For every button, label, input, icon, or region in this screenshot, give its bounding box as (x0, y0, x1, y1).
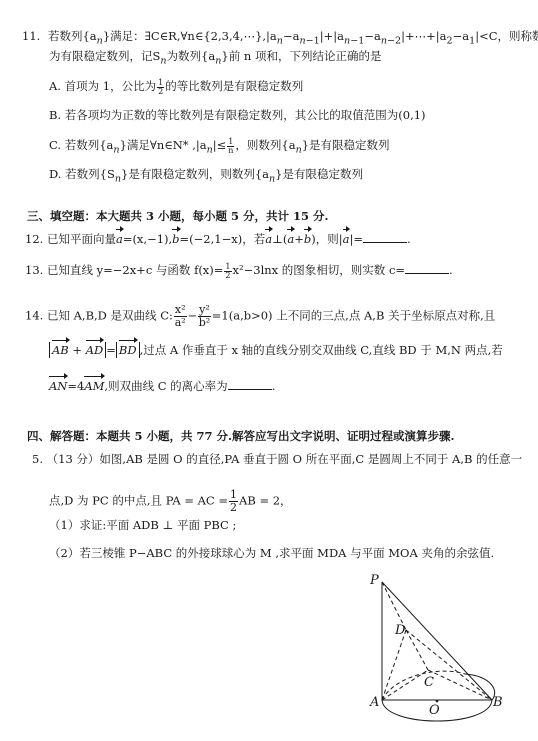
q11-line1: 11. 若数列{an}满足：∃C∈R,∀n∈{2,3,4,⋯},|an−an−1… (22, 28, 538, 49)
q14-line1: 14. 已知 A,B,D 是双曲线 C:x²a²−y²b²=1(a,b>0) 上… (25, 304, 495, 329)
geometry-figure: P D C A O B (340, 570, 538, 741)
q15-line1: 5. （13 分）如图,AB 是圆 O 的直径,PA 垂直于圆 O 所在平面,C… (32, 451, 522, 467)
q11-option-b: B. 若各项均为正数的等比数列是有限稳定数列，其公比的取值范围为(0,1) (49, 107, 426, 123)
fraction: 12 (224, 263, 231, 280)
q12: 12. 已知平面向量a=(x,−1),b=(−2,1−x)，若a⊥(a+b)，则… (25, 231, 411, 247)
label-a: A (369, 695, 379, 710)
label-p: P (369, 573, 379, 588)
q15-part2: （2）若三棱锥 P−ABC 的外接球球心为 M ,求平面 MDA 与平面 MOA… (49, 545, 494, 561)
q11-option-a: A. 首项为 1，公比为12的等比数列是有限稳定数列 (49, 78, 303, 96)
q11-number: 11. (22, 29, 40, 43)
q15-part1: （1）求证:平面 ADB ⊥ 平面 PBC ; (49, 517, 236, 533)
q14-line2: AB + AD=BD,过点 A 作垂直于 x 轴的直线分别交双曲线 C,直线 B… (49, 342, 503, 358)
label-c: C (424, 675, 434, 690)
q11-option-d: D. 若数列{Sn}是有限稳定数列，则数列{an}是有限稳定数列 (49, 166, 363, 187)
q14-line3: AN=4AM,则双曲线 C 的离心率为. (49, 378, 275, 394)
section4-heading: 四、解答题：本题共 5 小题，共 77 分.解答应写出文字说明、证明过程或演算步… (27, 428, 455, 444)
q11-line2: 为有限稳定数列，记Sn为数列{an}前 n 项和，下列结论正确的是 (49, 48, 381, 69)
label-b: B (492, 695, 503, 710)
q13: 13. 已知直线 y=−2x+c 与函数 f(x)=12x²−3lnx 的图象相… (25, 262, 453, 280)
q11-option-c: C. 若数列{an}满足∀n∈N* ,|an|≤1n，则数列{an}是有限稳定数… (49, 137, 390, 158)
section3-heading: 三、填空题：本大题共 3 小题，每小题 5 分，共计 15 分. (27, 208, 329, 224)
answer-blank (363, 231, 407, 243)
q15-line2: 点,D 为 PC 的中点,且 PA = AC =12AB = 2， (49, 489, 292, 514)
fraction: 1n (227, 138, 234, 155)
answer-blank (228, 378, 272, 390)
label-d: D (394, 623, 406, 638)
answer-blank (405, 262, 449, 274)
fraction: 12 (157, 79, 164, 96)
label-o: O (429, 703, 440, 718)
